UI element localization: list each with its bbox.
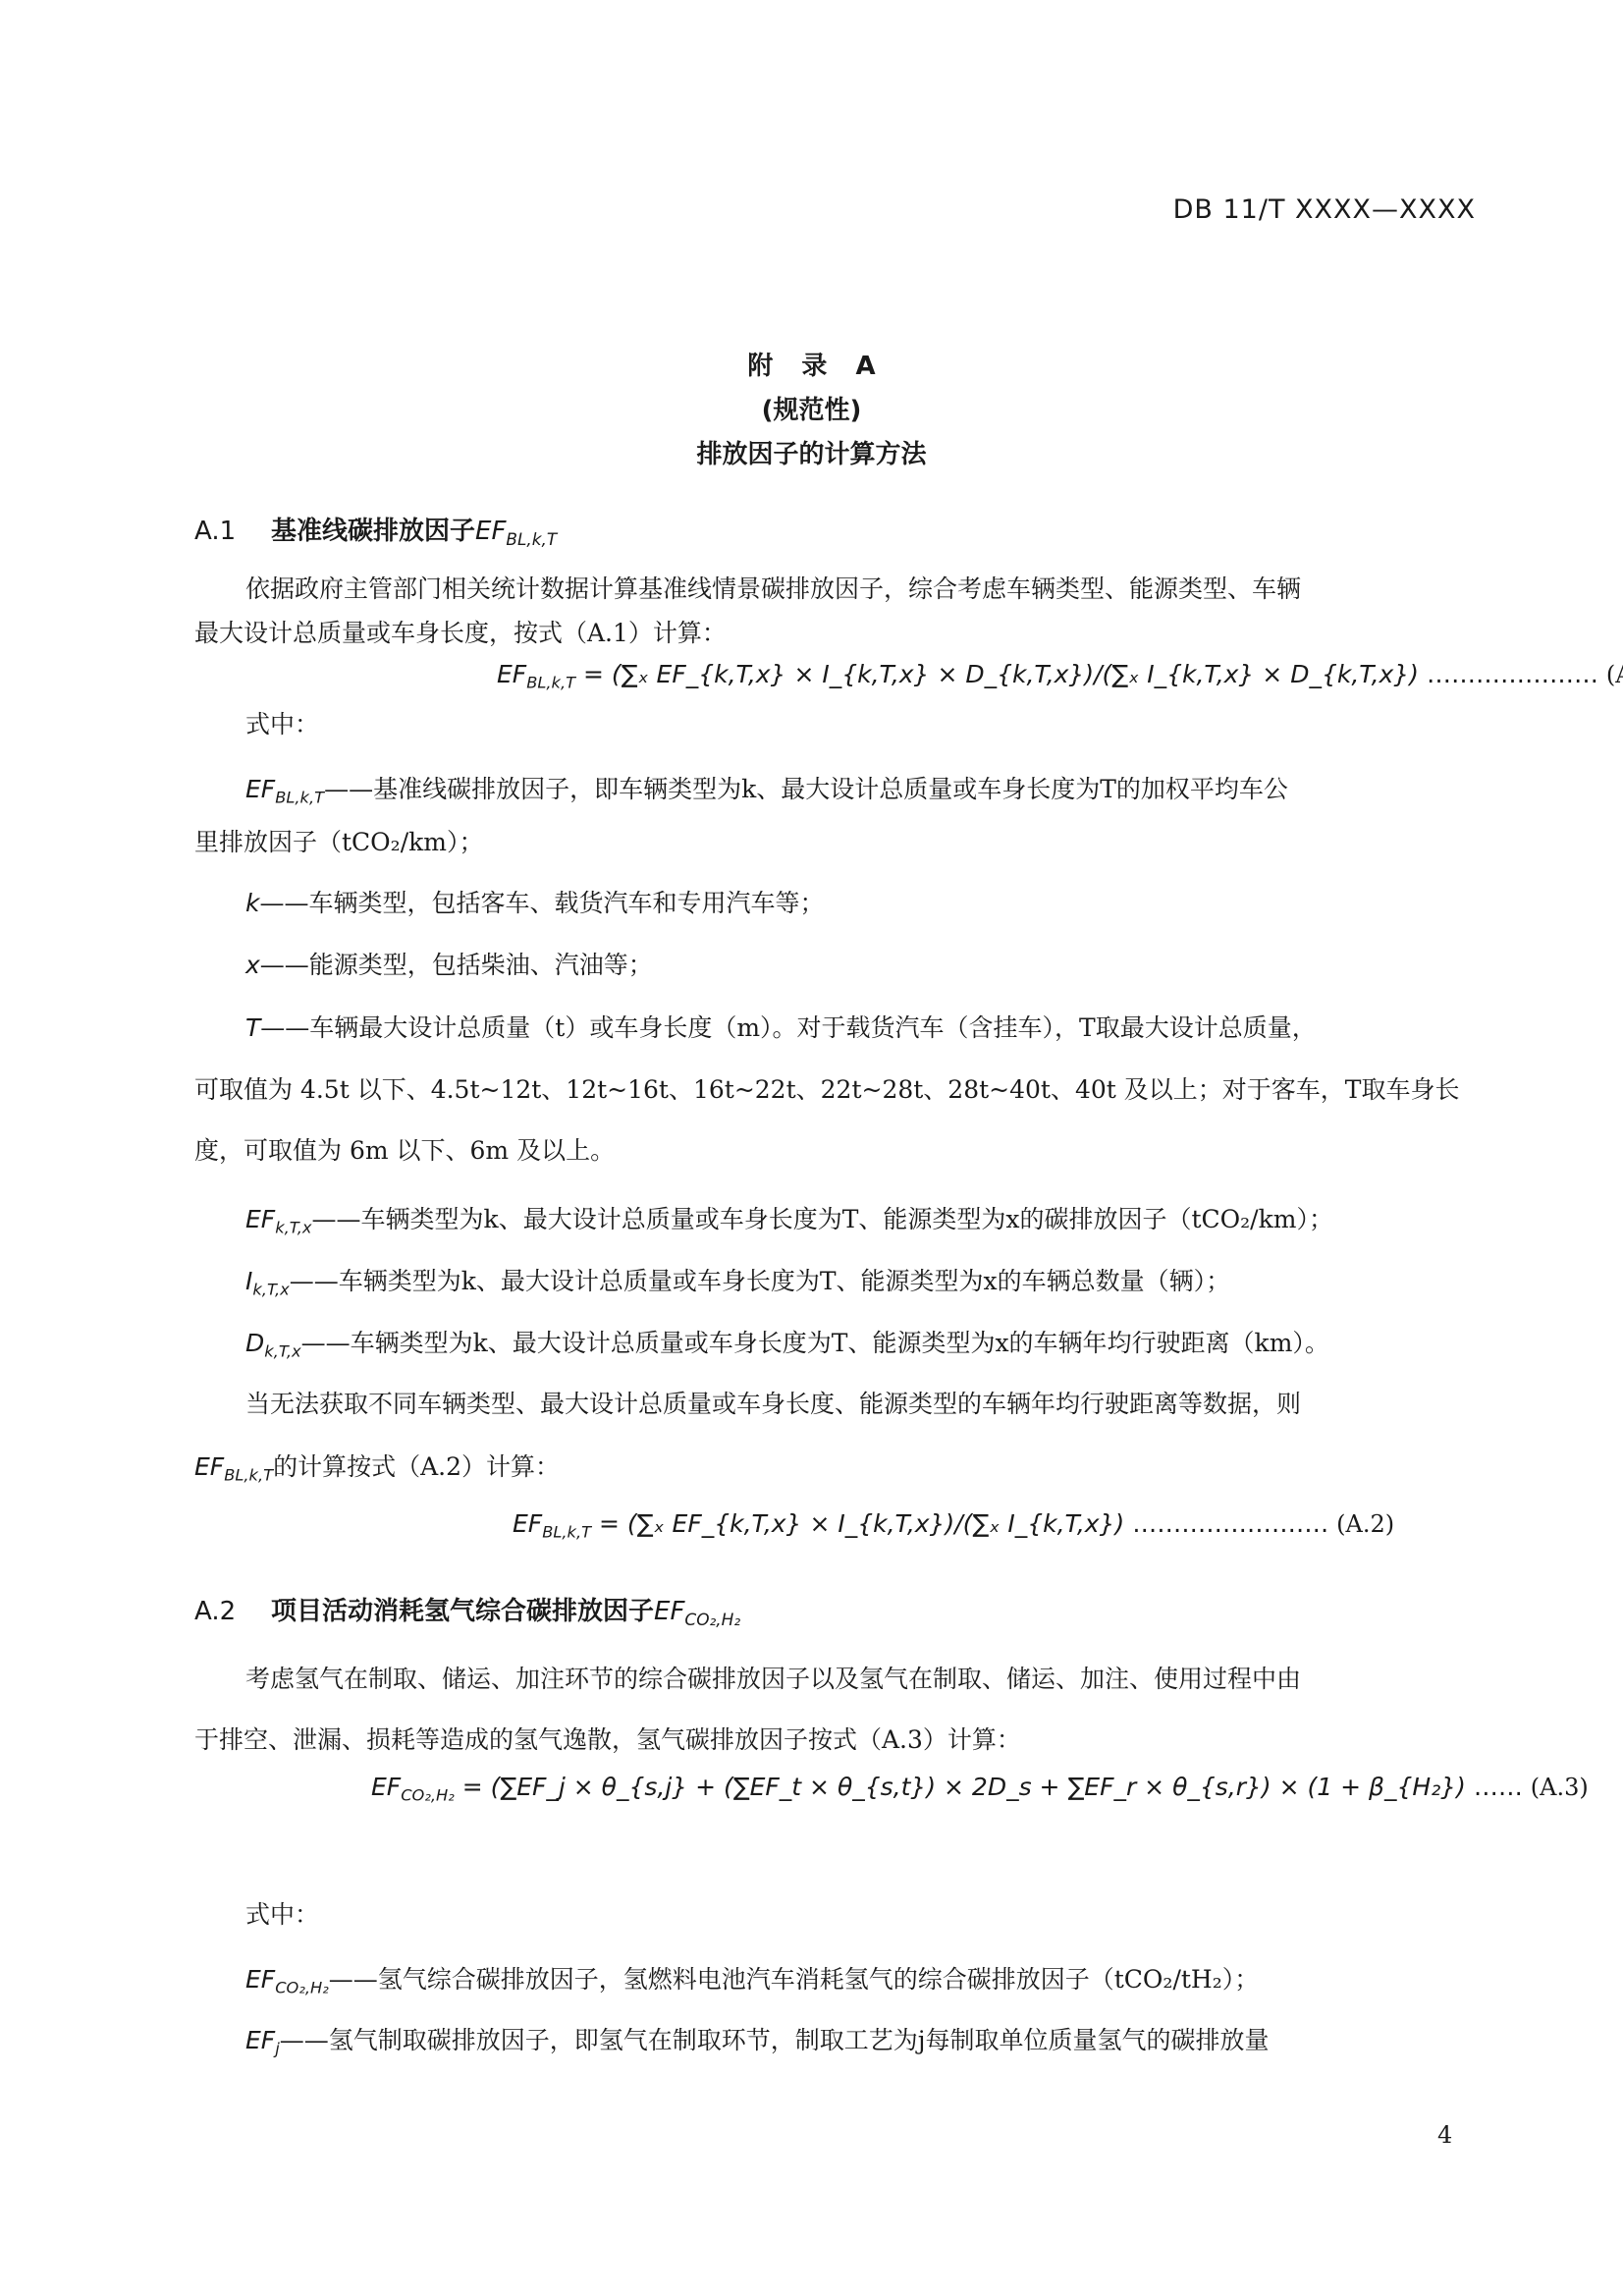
section-symbol-sub: BL,k,T (506, 529, 557, 549)
definition: T——车辆最大设计总质量（t）或车身长度（m）。对于载货汽车（含挂车），T取最大… (245, 1009, 1317, 1044)
section-heading-a1: A.1基准线碳排放因子EFBL,k,T (194, 511, 557, 549)
section-symbol: EF (475, 517, 506, 546)
paragraph: 当无法获取不同车辆类型、最大设计总质量或车身长度、能源类型的车辆年均行驶距离等数… (245, 1385, 1301, 1420)
paragraph: 最大设计总质量或车身长度，按式（A.1）计算： (194, 614, 727, 649)
definition: EFk,T,x——车辆类型为k、最大设计总质量或车身长度为T、能源类型为x的碳排… (245, 1200, 1333, 1237)
document-code: DB 11/T XXXX—XXXX (1173, 194, 1476, 225)
page-number: 4 (1437, 2121, 1452, 2149)
formula-a2: EFBL,k,T = (∑ₓ EF_{k,T,x} × I_{k,T,x})/(… (513, 1509, 1394, 1542)
equation-number: (A.2) (1336, 1510, 1394, 1538)
definition: EFCO₂,H₂——氢气综合碳排放因子，氢燃料电池汽车消耗氢气的综合碳排放因子（… (245, 1960, 1259, 1997)
definition: x——能源类型，包括柴油、汽油等； (245, 946, 653, 981)
equation-number: (A.1) (1606, 661, 1623, 688)
formula-a1: EFBL,k,T = (∑ₓ EF_{k,T,x} × I_{k,T,x} × … (497, 660, 1623, 692)
paragraph: 考虑氢气在制取、储运、加注环节的综合碳排放因子以及氢气在制取、储运、加注、使用过… (245, 1660, 1301, 1695)
definition: EFj——氢气制取碳排放因子，即氢气在制取环节，制取工艺为j每制取单位质量氢气的… (245, 2021, 1269, 2058)
paragraph: 依据政府主管部门相关统计数据计算基准线情景碳排放因子，综合考虑车辆类型、能源类型… (245, 570, 1301, 605)
section-number: A.1 (194, 517, 271, 546)
paragraph: EFBL,k,T的计算按式（A.2）计算： (194, 1448, 560, 1485)
section-title: 项目活动消耗氢气综合碳排放因子 (271, 1597, 654, 1626)
definition: Ik,T,x——车辆类型为k、最大设计总质量或车身长度为T、能源类型为x的车辆总… (245, 1262, 1230, 1299)
paragraph: 于排空、泄漏、损耗等造成的氢气逸散，氢气碳排放因子按式（A.3）计算： (194, 1721, 1021, 1756)
annex-title: 附 录 A (0, 346, 1623, 382)
equation-number: (A.3) (1531, 1774, 1589, 1801)
section-heading-a2: A.2项目活动消耗氢气综合碳排放因子EFCO₂,H₂ (194, 1591, 740, 1629)
where-label: 式中： (245, 1895, 319, 1931)
section-title: 基准线碳排放因子 (271, 517, 475, 546)
definition-continued: 度，可取值为 6m 以下、6m 及以上。 (194, 1131, 615, 1167)
definition: EFBL,k,T——基准线碳排放因子，即车辆类型为k、最大设计总质量或车身长度为… (245, 770, 1288, 807)
annex-subtitle: 排放因子的计算方法 (0, 434, 1623, 470)
annex-type: (规范性) (0, 390, 1623, 426)
section-symbol: EF (654, 1597, 684, 1626)
definition-continued: 里排放因子（tCO₂/km）； (194, 823, 483, 858)
definition: k——车辆类型，包括客车、载货汽车和专用汽车等； (245, 884, 825, 919)
where-label: 式中： (245, 705, 319, 740)
section-symbol-sub: CO₂,H₂ (684, 1610, 740, 1629)
formula-a3: EFCO₂,H₂ = (∑EF_j × θ_{s,j} + (∑EF_t × θ… (371, 1773, 1589, 1805)
definition: Dk,T,x——车辆类型为k、最大设计总质量或车身长度为T、能源类型为x的车辆年… (245, 1324, 1329, 1361)
section-number: A.2 (194, 1597, 271, 1626)
definition-continued: 可取值为 4.5t 以下、4.5t~12t、12t~16t、16t~22t、22… (194, 1070, 1459, 1106)
